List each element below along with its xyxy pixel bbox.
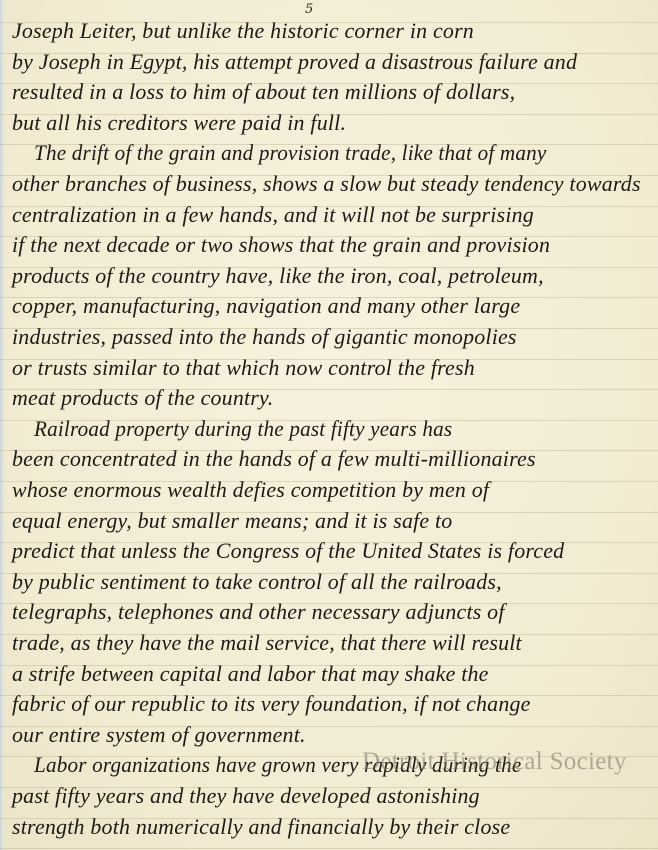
manuscript-line: copper, manufacturing, navigation and ma… [12,293,650,319]
manuscript-line: Railroad property during the past fifty … [34,416,649,442]
manuscript-line: strength both numerically and financiall… [12,814,650,840]
watermark: Detroit Historical Society [362,748,627,776]
manuscript-line: Joseph Leiter, but unlike the historic c… [12,18,650,44]
manuscript-line: industries, passed into the hands of gig… [12,324,650,350]
manuscript-line: telegraphs, telephones and other necessa… [12,599,650,625]
manuscript-page: 5 Joseph Leiter, but unlike the historic… [0,0,658,850]
manuscript-line: meat products of the country. [12,385,650,411]
manuscript-line: if the next decade or two shows that the… [12,232,650,258]
manuscript-line: by public sentiment to take control of a… [12,569,650,595]
manuscript-line: our entire system of government. [12,722,650,748]
manuscript-line: by Joseph in Egypt, his attempt proved a… [12,49,650,75]
manuscript-line: whose enormous wealth defies competition… [12,477,650,503]
manuscript-line: fabric of our republic to its very found… [12,691,650,717]
manuscript-line: The drift of the grain and provision tra… [34,140,649,166]
manuscript-line: centralization in a few hands, and it wi… [12,202,650,228]
manuscript-line: a strife between capital and labor that … [12,661,650,687]
page-number: 5 [305,2,313,17]
manuscript-line: been concentrated in the hands of a few … [12,446,650,472]
manuscript-line: equal energy, but smaller means; and it … [12,508,650,534]
manuscript-line: trade, as they have the mail service, th… [12,630,650,656]
manuscript-line: past fifty years and they have developed… [12,783,650,809]
manuscript-line: but all his creditors were paid in full. [12,110,650,136]
manuscript-line: products of the country have, like the i… [12,263,650,289]
ruled-line [0,848,658,849]
manuscript-line: or trusts similar to that which now cont… [12,355,650,381]
manuscript-line: other branches of business, shows a slow… [12,171,650,197]
manuscript-line: predict that unless the Congress of the … [12,538,650,564]
manuscript-line: resulted in a loss to him of about ten m… [12,79,650,105]
